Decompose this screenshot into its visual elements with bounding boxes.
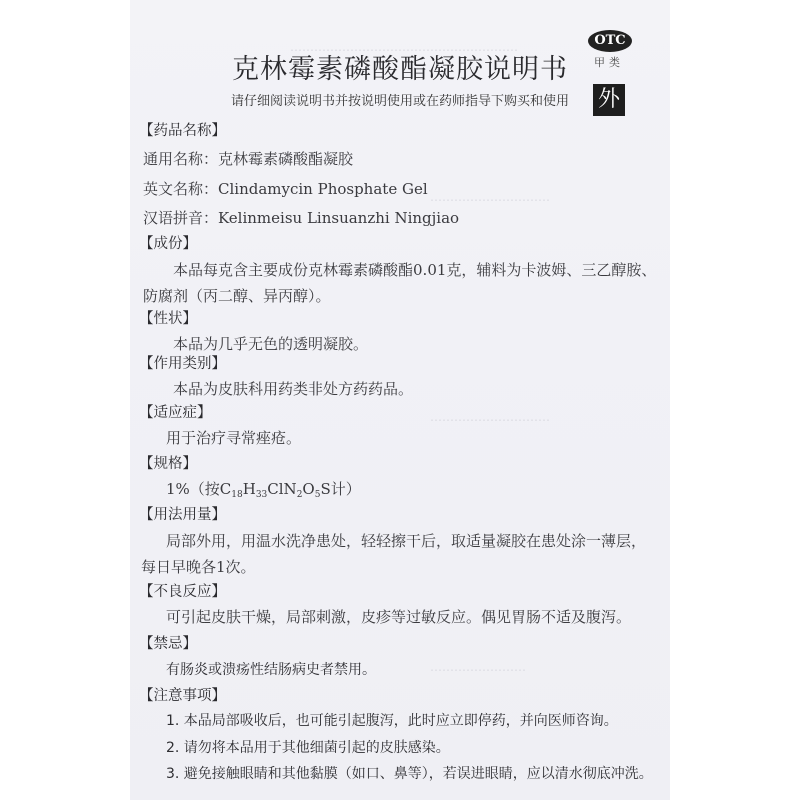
external-use-badge: 外 bbox=[593, 84, 625, 116]
indications-text: 用于治疗寻常痤疮。 bbox=[166, 427, 301, 448]
section-header-description: 【性状】 bbox=[139, 307, 197, 328]
section-header-indications: 【适应症】 bbox=[139, 401, 212, 422]
show-through-text: …………………… bbox=[430, 660, 526, 674]
pinyin-name: 汉语拼音：Kelinmeisu Linsuanzhi Ningjiao bbox=[143, 207, 459, 228]
section-header-precautions: 【注意事项】 bbox=[139, 684, 226, 705]
precaution-item: 2. 请勿将本品用于其他细菌引起的皮肤感染。 bbox=[166, 737, 450, 757]
section-header-specification: 【规格】 bbox=[139, 452, 197, 473]
precaution-item: 3. 避免接触眼睛和其他黏膜（如口、鼻等），若误进眼睛，应以清水彻底冲洗。 bbox=[166, 763, 653, 783]
generic-name: 通用名称：克林霉素磷酸酯凝胶 bbox=[143, 148, 353, 169]
contraindications-text: 有肠炎或溃疡性结肠病史者禁用。 bbox=[166, 659, 376, 679]
dosage-line-2: 每日早晚各1次。 bbox=[141, 556, 256, 577]
section-header-drug-name: 【药品名称】 bbox=[139, 119, 226, 140]
adverse-reactions-text: 可引起皮肤干燥，局部刺激，皮疹等过敏反应。偶见胃肠不适及腹泻。 bbox=[166, 606, 631, 627]
section-header-dosage: 【用法用量】 bbox=[139, 503, 226, 524]
show-through-text: ………………………… bbox=[430, 190, 550, 204]
section-header-adverse-reactions: 【不良反应】 bbox=[139, 580, 226, 601]
document-subtitle: 请仔细阅读说明书并按说明使用或在药师指导下购买和使用 bbox=[130, 90, 670, 109]
section-header-ingredients: 【成份】 bbox=[139, 232, 197, 253]
dosage-line-1: 局部外用，用温水洗净患处，轻轻擦干后，取适量凝胶在患处涂一薄层， bbox=[166, 530, 646, 551]
description-text: 本品为几乎无色的透明凝胶。 bbox=[173, 333, 368, 354]
precaution-item: 1. 本品局部吸收后，也可能引起腹泻，此时应立即停药，并向医师咨询。 bbox=[166, 710, 618, 730]
ingredients-line-1: 本品每克含主要成份克林霉素磷酸酯0.01克，辅料为卡波姆、三乙醇胺、 bbox=[173, 259, 656, 280]
specification-text: 1%（按C18H33ClN2O5S计） bbox=[166, 478, 361, 500]
category-text: 本品为皮肤科用药类非处方药药品。 bbox=[173, 378, 413, 399]
otc-badge: OTC bbox=[588, 30, 632, 52]
english-name: 英文名称：Clindamycin Phosphate Gel bbox=[143, 178, 428, 199]
section-header-contraindications: 【禁忌】 bbox=[139, 632, 197, 653]
ingredients-line-2: 防腐剂（丙二醇、异丙醇）。 bbox=[143, 285, 331, 306]
otc-class-label: 甲类 bbox=[594, 54, 624, 70]
section-header-category: 【作用类别】 bbox=[139, 352, 226, 373]
show-through-text: ………………………… bbox=[430, 410, 550, 424]
document-title: 克林霉素磷酸酯凝胶说明书 bbox=[130, 47, 670, 86]
